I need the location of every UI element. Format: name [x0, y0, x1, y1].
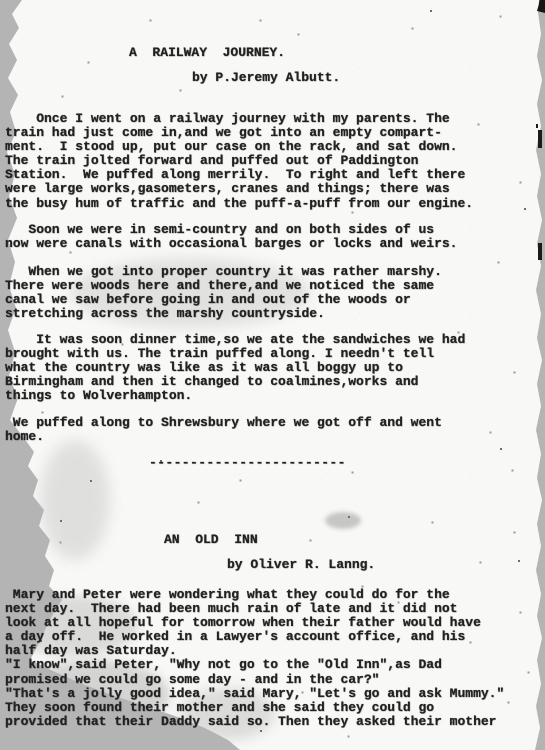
story1-paragraph-1: Once I went on a railway journey with my… — [5, 112, 473, 211]
scan-stain — [40, 440, 110, 560]
story1-paragraph-4: It was soon dinner time,so we ate the sa… — [5, 333, 465, 403]
scan-corner-mark — [537, 0, 545, 13]
story1-paragraph-3: When we got into proper country it was r… — [5, 265, 442, 321]
scanned-page: A RAILWAY JOURNEY. by P.Jeremy Albutt. O… — [0, 0, 545, 750]
story1-paragraph-5: We puffed along to Shrewsbury where we g… — [5, 416, 442, 444]
story2-byline: by Oliver R. Lanng. — [227, 558, 375, 572]
story1-byline: by P.Jeremy Albutt. — [192, 71, 340, 85]
scan-ink-mark — [538, 243, 542, 260]
scan-ink-mark — [538, 130, 542, 148]
story2-title: AN OLD INN — [164, 533, 258, 547]
story1-title: A RAILWAY JOURNEY. — [129, 46, 285, 60]
scan-stain — [325, 512, 361, 529]
story2-body: Mary and Peter were wondering what they … — [5, 588, 504, 729]
scan-speckles — [0, 0, 2, 2]
section-divider: ------------------------ — [149, 456, 346, 470]
scan-ink-mark — [536, 124, 538, 128]
story1-paragraph-2: Soon we were in semi-country and on both… — [5, 223, 457, 251]
